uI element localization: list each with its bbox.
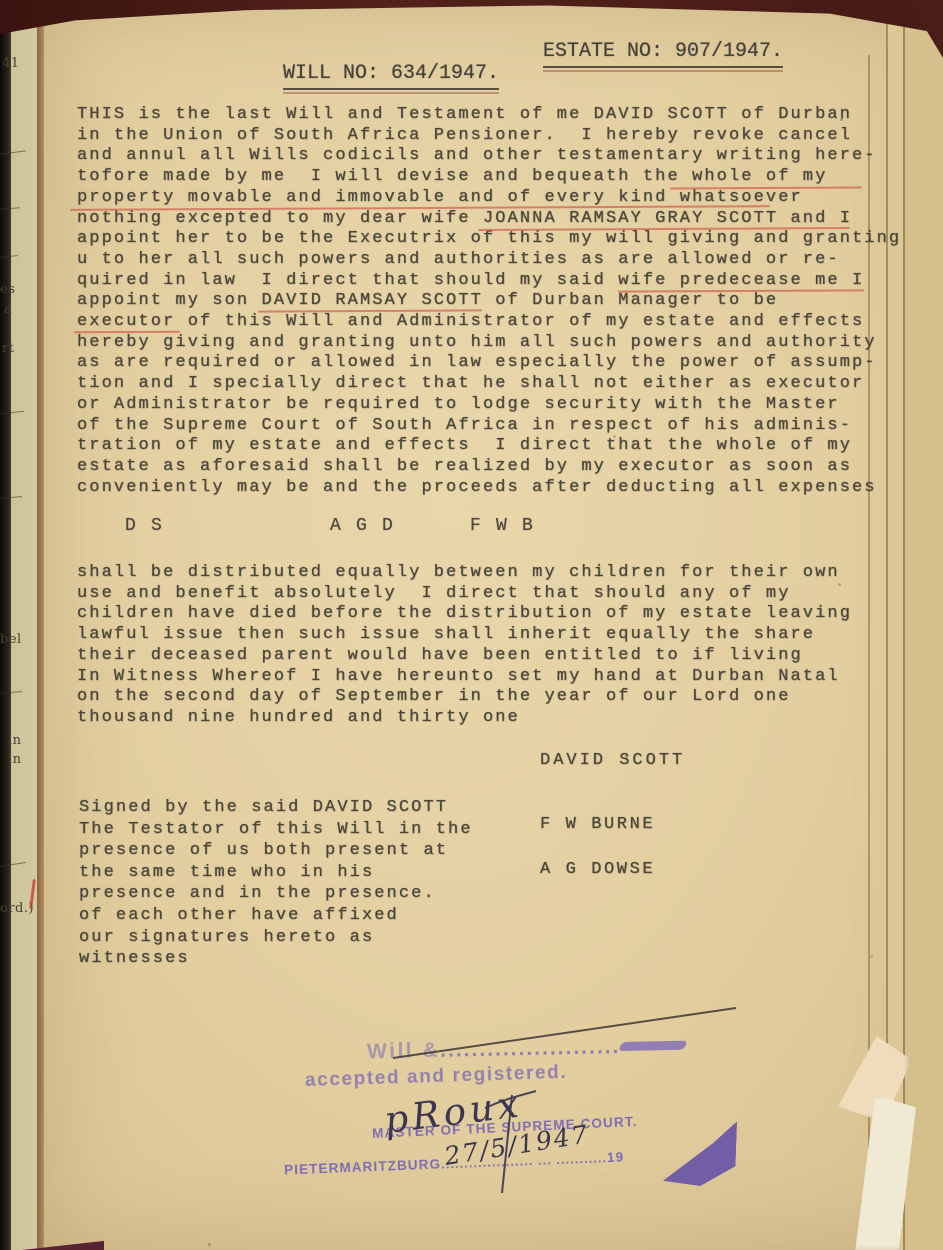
typed-line: in the Union of South Africa Pensioner. … xyxy=(77,126,901,147)
typed-line: estate as aforesaid shall be realized by… xyxy=(77,457,901,478)
typed-line: tion and I specially direct that he shal… xyxy=(77,374,901,395)
witness-name-dowse: A G DOWSE xyxy=(540,860,655,881)
typed-line: on the second day of September in the ye… xyxy=(77,687,852,708)
margin-fragment: in xyxy=(8,752,22,767)
typed-line: executor of this Will and Administrator … xyxy=(77,312,901,333)
margin-fragment: es xyxy=(0,282,15,297)
typed-line: appoint her to be the Executrix of this … xyxy=(77,229,901,250)
typed-line: their deceased parent would have been en… xyxy=(77,646,852,667)
typed-line: tofore made by me I will devise and bequ… xyxy=(77,167,901,188)
typed-line: thousand nine hundred and thirty one xyxy=(77,708,852,729)
margin-fragment: 41 xyxy=(2,56,20,71)
typed-line: hereby giving and granting unto him all … xyxy=(77,333,901,354)
typed-line: the same time who in his xyxy=(79,862,473,884)
typed-line: or Administrator be required to lodge se… xyxy=(77,395,901,416)
typed-line: presence and in the presence. xyxy=(79,883,473,905)
typed-line: witnesses xyxy=(79,948,473,970)
attestation-clause: Signed by the said DAVID SCOTT The Testa… xyxy=(79,797,473,970)
scanned-will-document: 41 es a rt bel in in ord.) ESTATE NO: 90… xyxy=(0,0,943,1250)
typed-line: shall be distributed equally between my … xyxy=(77,563,852,584)
typed-line: and annul all Wills codicils and other t… xyxy=(77,146,901,167)
pen-cancellation-line xyxy=(393,1008,736,1058)
typed-line: of each other have affixed xyxy=(79,905,473,927)
typed-line: our signatures hereto as xyxy=(79,927,473,949)
typed-line: lawful issue then such issue shall inher… xyxy=(77,625,852,646)
initials-witness-fwb: F W B xyxy=(470,516,535,536)
typed-line: quired in law I direct that should my sa… xyxy=(77,271,901,292)
typed-line: u to her all such powers and authorities… xyxy=(77,250,901,271)
initials-witness-agd: A G D xyxy=(330,516,395,536)
typed-line: The Testator of this Will in the xyxy=(79,819,473,841)
will-number-heading: WILL NO: 634/1947. xyxy=(283,62,499,90)
margin-fragment: rt xyxy=(2,341,14,356)
estate-number-heading: ESTATE NO: 907/1947. xyxy=(543,40,783,68)
typed-line: tration of my estate and effects I direc… xyxy=(77,436,901,457)
typed-line: THIS is the last Will and Testament of m… xyxy=(77,105,901,126)
typed-line: use and benefit absolutely I direct that… xyxy=(77,584,852,605)
typed-line: as are required or allowed in law especi… xyxy=(77,353,901,374)
testator-signature: DAVID SCOTT xyxy=(540,751,685,772)
margin-fragment: bel xyxy=(0,632,22,647)
will-paragraph-2: shall be distributed equally between my … xyxy=(77,563,852,729)
margin-fragment: in xyxy=(8,733,22,748)
margin-fragment: a xyxy=(4,302,12,317)
typed-line: of the Supreme Court of South Africa in … xyxy=(77,416,901,437)
typed-line: presence of us both present at xyxy=(79,840,473,862)
will-paragraph-1: THIS is the last Will and Testament of m… xyxy=(77,105,901,498)
typed-line: property movable and immovable and of ev… xyxy=(77,188,901,209)
typed-line: In Witness Whereof I have hereunto set m… xyxy=(77,667,852,688)
typed-line: Signed by the said DAVID SCOTT xyxy=(79,797,473,819)
typed-line: nothing excepted to my dear wife JOANNA … xyxy=(77,209,901,230)
handwriting-overlay: pRoux 27/5/1947 xyxy=(280,995,760,1205)
witness-name-burne: F W BURNE xyxy=(540,815,655,836)
typed-line: children have died before the distributi… xyxy=(77,604,852,625)
initials-testator: D S xyxy=(125,516,164,536)
book-binding-edge xyxy=(0,0,11,1250)
typed-line: conveniently may be and the proceeds aft… xyxy=(77,478,901,499)
typed-line: appoint my son DAVID RAMSAY SCOTT of Dur… xyxy=(77,291,901,312)
